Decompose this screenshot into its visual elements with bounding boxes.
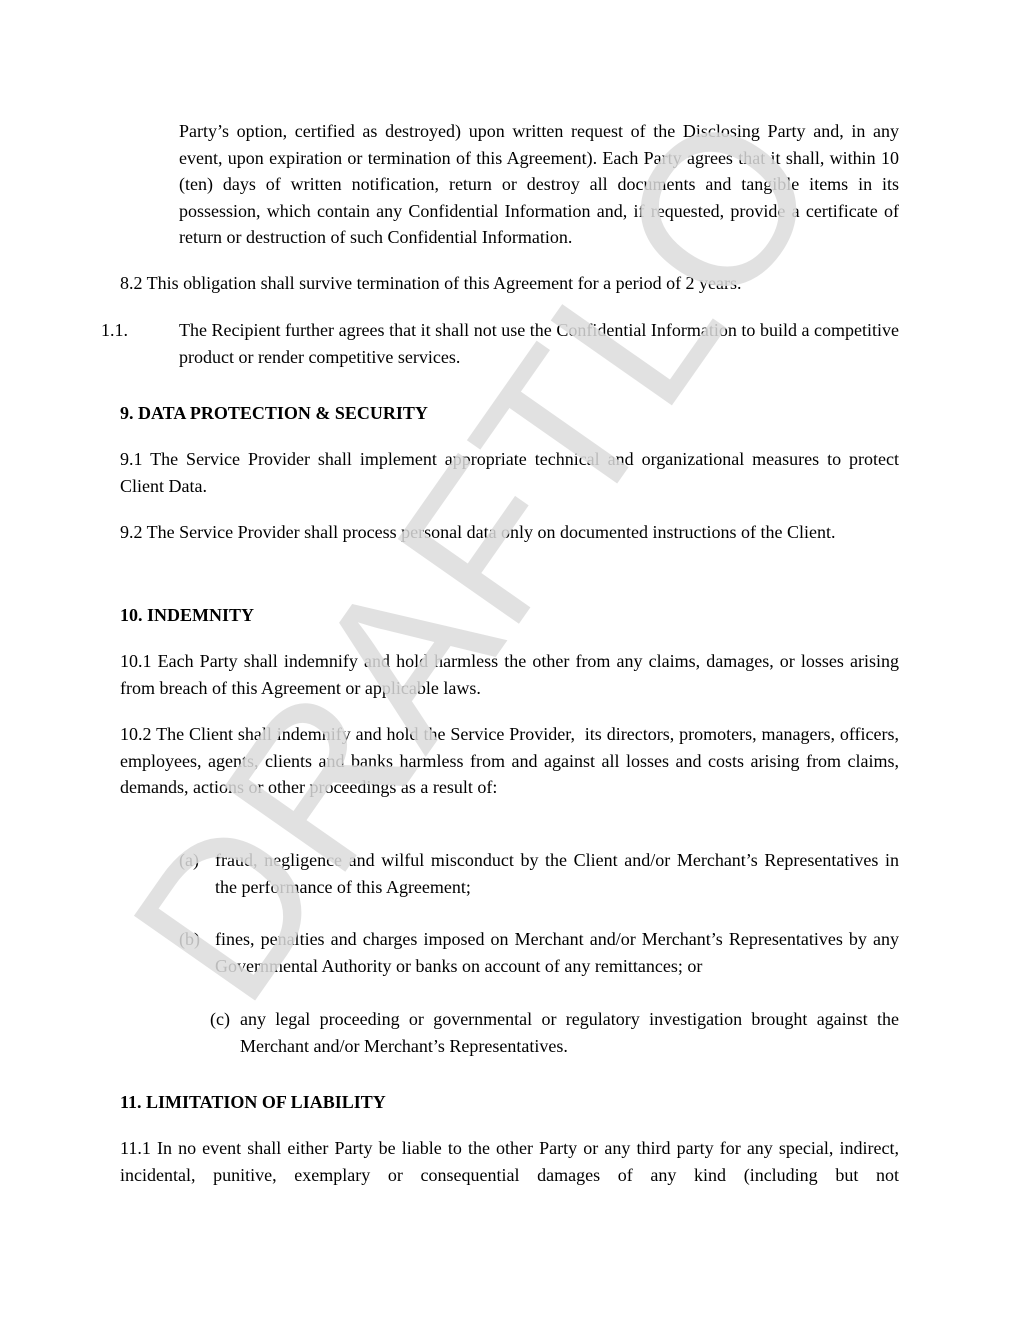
clause-10-2: 10.2 The Client shall indemnify and hold… — [120, 721, 899, 801]
document-page: Party’s option, certified as destroyed) … — [0, 0, 1020, 1320]
section-heading-data-protection: 9. DATA PROTECTION & SECURITY — [120, 400, 428, 427]
list-item-b-label: (b) — [179, 926, 200, 953]
clause-8-2: 8.2 This obligation shall survive termin… — [120, 270, 900, 297]
clause-10-1: 10.1 Each Party shall indemnify and hold… — [120, 648, 899, 701]
continuation-paragraph: Party’s option, certified as destroyed) … — [179, 118, 899, 251]
clause-9-1: 9.1 The Service Provider shall implement… — [120, 446, 899, 499]
clause-9-2: 9.2 The Service Provider shall process p… — [120, 519, 899, 546]
clause-11-1: 11.1 In no event shall either Party be l… — [120, 1135, 899, 1188]
clause-1-1-number: 1.1. — [101, 317, 128, 344]
list-item-c-text: any legal proceeding or governmental or … — [240, 1006, 899, 1059]
clause-1-1-text: The Recipient further agrees that it sha… — [179, 317, 899, 370]
list-item-c-label: (c) — [210, 1006, 230, 1033]
list-item-a-label: (a) — [179, 847, 199, 874]
section-heading-limitation-of-liability: 11. LIMITATION OF LIABILITY — [120, 1089, 386, 1116]
section-heading-indemnity: 10. INDEMNITY — [120, 602, 254, 629]
list-item-b-text: fines, penalties and charges imposed on … — [215, 926, 899, 979]
list-item-a-text: fraud, negligence and wilful misconduct … — [215, 847, 899, 900]
